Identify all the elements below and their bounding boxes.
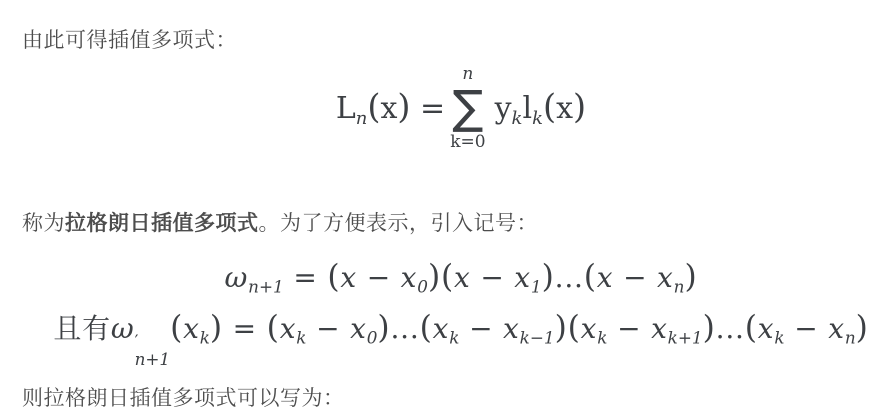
math-token: x0 <box>401 261 428 294</box>
math-token: k <box>532 107 543 128</box>
math-token: − <box>357 261 401 294</box>
math-token: x <box>556 91 573 126</box>
math-token: xn <box>657 261 684 294</box>
math-token: 且有 <box>53 312 111 345</box>
math-token: k−1 <box>520 328 555 348</box>
summation-block: n ∑ k=0 <box>450 66 485 151</box>
article-page: 由此可得插值多项式： Ln(x) = n ∑ k=0 yklk(x) 称为拉格朗… <box>0 0 896 416</box>
math-token: ) <box>210 310 223 346</box>
math-token: )( <box>555 310 581 346</box>
math-token: ) <box>397 87 410 126</box>
math-token: = <box>284 261 328 294</box>
math-token: − <box>613 261 657 294</box>
math-token: k <box>597 328 607 348</box>
math-token: l <box>522 91 532 126</box>
math-token: ( <box>543 87 556 126</box>
math-token: ′n+1 <box>135 333 171 368</box>
math-token: x <box>350 312 367 345</box>
math-token: n+1 <box>248 276 284 296</box>
math-token: k <box>200 328 210 348</box>
math-token: ω <box>225 261 249 294</box>
math-token: n <box>356 107 368 128</box>
math-token: 0 <box>417 276 428 296</box>
paragraph-definition-pre: 称为 <box>22 212 65 235</box>
math-token: x <box>758 312 775 345</box>
math-token: ... <box>390 312 419 345</box>
math-token: k <box>512 107 523 128</box>
math-token: xk <box>581 312 608 345</box>
math-token: x <box>433 312 450 345</box>
math-token: ... <box>555 261 584 294</box>
math-token: k <box>774 328 784 348</box>
formula-omega-line2: 且有ω′n+1(xk) = (xk − x0)...(xk − xk−1)(xk… <box>26 307 896 368</box>
math-token: x0 <box>350 312 377 345</box>
math-token: xk <box>183 312 210 345</box>
math-token: n+1 <box>135 351 171 369</box>
math-token: x <box>651 312 668 345</box>
math-token: )( <box>428 259 454 295</box>
summation-sigma-icon: ∑ <box>452 86 483 130</box>
paragraph-conclusion: 则拉格朗日插值多项式可以写为： <box>22 383 886 415</box>
math-token: ) <box>703 310 716 346</box>
math-token: x1 <box>514 261 541 294</box>
formula-omega-block: ωn+1 = (x − x0)(x − x1)...(x − xn) 且有ω′n… <box>26 256 896 368</box>
math-token: ω′n+1 <box>111 312 170 345</box>
math-token: ( <box>420 310 433 346</box>
math-token: y <box>495 91 512 126</box>
math-token: xk+1 <box>651 312 703 345</box>
math-token: x <box>657 261 674 294</box>
math-token: xk <box>758 312 785 345</box>
math-token: ( <box>170 310 183 346</box>
math-token: = <box>223 312 267 345</box>
math-token: xk−1 <box>503 312 555 345</box>
math-token: − <box>785 312 829 345</box>
math-token: x <box>828 312 845 345</box>
math-token: − <box>459 312 503 345</box>
math-token: x <box>454 261 471 294</box>
math-token: ( <box>267 310 280 346</box>
math-token: =0 <box>461 132 486 152</box>
math-token: ... <box>716 312 745 345</box>
paragraph-definition-post: 。为了方便表示，引入记号： <box>259 212 539 235</box>
summation-lower-limit: k=0 <box>450 134 485 151</box>
math-token: ) <box>573 87 586 126</box>
math-token: lk <box>522 91 543 126</box>
math-token: xn <box>828 312 855 345</box>
math-token: ) <box>856 310 869 346</box>
math-token: = <box>411 91 446 126</box>
math-token: ) <box>684 259 697 295</box>
math-token: x <box>280 312 297 345</box>
paragraph-definition: 称为拉格朗日插值多项式。为了方便表示，引入记号： <box>22 208 886 240</box>
math-token: L <box>336 91 356 126</box>
math-token: x <box>503 312 520 345</box>
math-token: ωn+1 <box>225 261 284 294</box>
math-token: ( <box>745 310 758 346</box>
math-token: ) <box>377 310 390 346</box>
paragraph-intro: 由此可得插值多项式： <box>22 25 886 57</box>
math-token: k+1 <box>668 328 703 348</box>
formula-lagrange-sum: Ln(x) = n ∑ k=0 yklk(x) <box>26 66 896 151</box>
math-token: x <box>514 261 531 294</box>
math-token: ( <box>367 87 380 126</box>
math-token: k <box>449 328 459 348</box>
math-token: n <box>845 328 856 348</box>
math-token: x <box>597 261 614 294</box>
math-token: − <box>607 312 651 345</box>
math-token: yk <box>495 91 523 126</box>
math-token: x <box>340 261 357 294</box>
math-token: ω <box>111 312 135 345</box>
math-token: n <box>674 276 685 296</box>
math-token: ( <box>327 259 340 295</box>
math-token: k <box>296 328 306 348</box>
math-token: ( <box>584 259 597 295</box>
math-token: − <box>306 312 350 345</box>
formula-omega-line1: ωn+1 = (x − x0)(x − x1)...(x − xn) <box>26 256 896 307</box>
math-token: xk <box>280 312 307 345</box>
math-token: − <box>471 261 515 294</box>
formula-rhs: yklk(x) <box>495 88 587 129</box>
math-token: xk <box>433 312 460 345</box>
math-token: x <box>183 312 200 345</box>
math-token: Ln <box>336 91 368 126</box>
math-token: ) <box>542 259 555 295</box>
math-token: 0 <box>367 328 378 348</box>
math-token: 1 <box>531 276 542 296</box>
math-token: x <box>581 312 598 345</box>
math-token: k <box>450 132 460 152</box>
math-token: x <box>380 91 397 126</box>
formula-lhs: Ln(x) = <box>336 88 445 129</box>
math-token: x <box>401 261 418 294</box>
bold-term-lagrange: 拉格朗日插值多项式 <box>65 212 259 235</box>
